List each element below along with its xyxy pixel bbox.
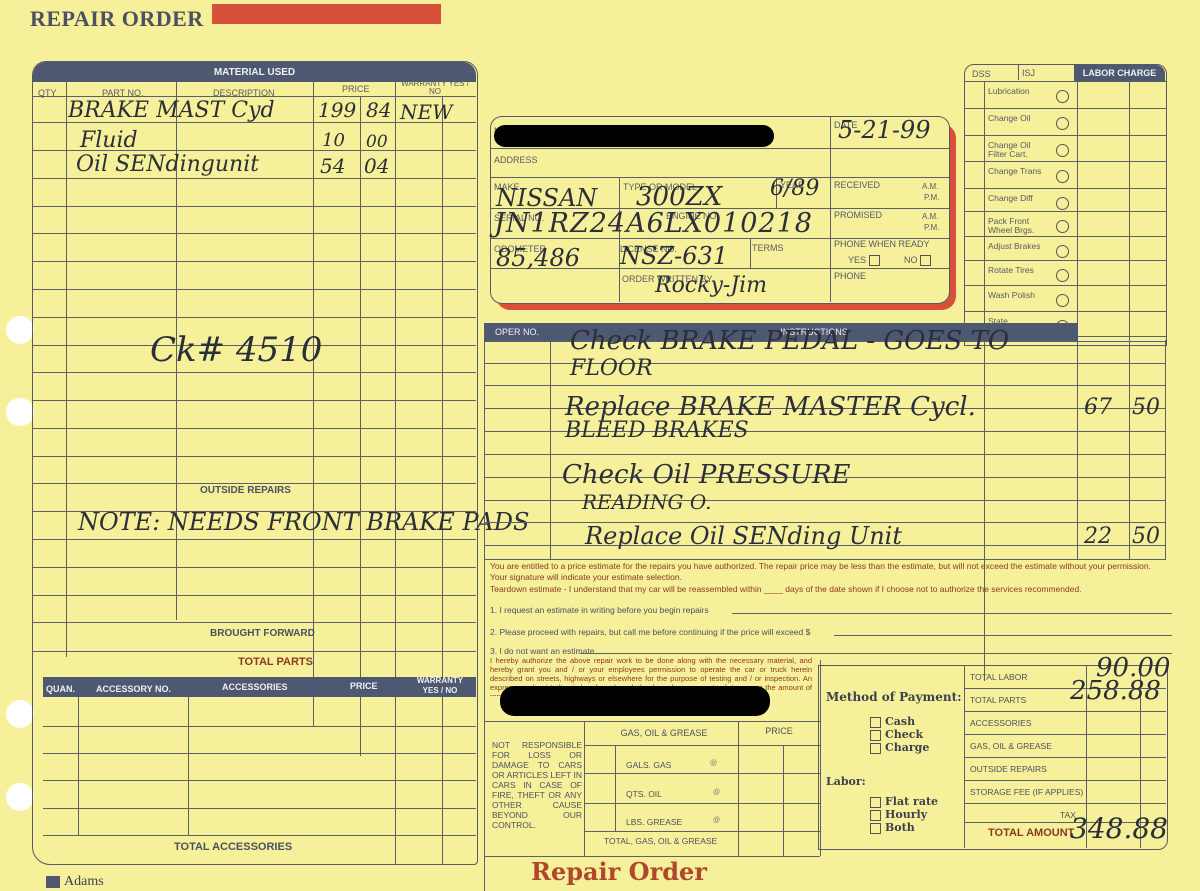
col-acc-price: PRICE xyxy=(350,681,378,691)
material-row-2-cents: 00 xyxy=(366,132,388,152)
brought-forward-label: BROUGHT FORWARD xyxy=(210,628,315,639)
service-item-label: Lubrication xyxy=(988,87,1046,96)
phone-label: PHONE xyxy=(834,271,866,281)
labor-charge-header: LABOR CHARGE xyxy=(1074,65,1165,81)
total-parts-label: TOTAL PARTS xyxy=(238,656,313,668)
totals-row-label: OUTSIDE REPAIRS xyxy=(970,764,1047,774)
payment-check[interactable]: Check xyxy=(870,728,929,741)
address-label: ADDRESS xyxy=(494,155,538,165)
service-item-label: Rotate Tires xyxy=(988,266,1046,275)
title-red-bar xyxy=(212,4,441,24)
service-item-label: Change Oil Filter Cart. xyxy=(988,141,1046,159)
estimate-option-2[interactable]: 2. Please proceed with repairs, but call… xyxy=(490,627,810,637)
labor-label: Labor: xyxy=(826,775,866,788)
service-checkbox-circle[interactable] xyxy=(1056,269,1069,282)
received-pm: P.M. xyxy=(924,193,939,202)
service-item-label: Pack Front Wheel Brgs. xyxy=(988,217,1046,235)
promised-label: PROMISED xyxy=(834,210,882,220)
odometer-value: 85,486 xyxy=(496,244,580,272)
payment-charge[interactable]: Charge xyxy=(870,741,929,754)
form-title: REPAIR ORDER xyxy=(30,6,204,32)
instruction-line: BLEED BRAKES xyxy=(565,418,749,443)
binder-hole xyxy=(6,398,34,426)
totals-row-value: 258.88 xyxy=(1070,676,1161,706)
gas-oil-title: GAS, OIL & GREASE xyxy=(590,728,738,738)
labor-flat-rate[interactable]: Flat rate xyxy=(870,795,938,808)
col-quan: QUAN. xyxy=(46,684,75,694)
phone-when-ready-label: PHONE WHEN READY xyxy=(834,239,930,249)
hourly-checkbox[interactable] xyxy=(870,810,881,821)
estimate-option-1[interactable]: 1. I request an estimate in writing befo… xyxy=(490,605,709,615)
material-row-2-dollars: 10 xyxy=(322,130,345,151)
service-checkbox-circle[interactable] xyxy=(1056,294,1069,307)
yes-option[interactable]: YES xyxy=(848,255,884,266)
instruction-line: READING O. xyxy=(582,490,711,514)
service-checkbox-circle[interactable] xyxy=(1056,170,1069,183)
disclaimer: NOT RESPONSIBLE FOR LOSS OR DAMAGE TO CA… xyxy=(492,740,582,830)
check-checkbox[interactable] xyxy=(870,730,881,741)
charge-checkbox[interactable] xyxy=(870,743,881,754)
instruction-line: Check Oil PRESSURE xyxy=(562,460,851,490)
total-amount-label: TOTAL AMOUNT xyxy=(988,827,1074,839)
brand-name: Adams xyxy=(64,874,104,890)
labor-charge-cents: 50 xyxy=(1132,395,1160,420)
received-label: RECEIVED xyxy=(834,180,880,190)
total-gas-oil-label: TOTAL, GAS, OIL & GREASE xyxy=(604,836,717,846)
total-amount-value: 348.88 xyxy=(1070,812,1168,845)
material-row-1-dollars: 199 xyxy=(318,98,356,122)
lbs-grease-label: LBS. GREASE xyxy=(626,817,682,827)
labor-charge-cents: 50 xyxy=(1132,524,1160,549)
dss-label: DSS xyxy=(972,69,991,79)
service-item-label: Change Oil xyxy=(988,114,1046,123)
no-checkbox[interactable] xyxy=(920,255,931,266)
labor-both[interactable]: Both xyxy=(870,821,938,834)
oper-no-label: OPER NO. xyxy=(484,327,550,337)
year-value: 6/89 xyxy=(770,176,819,201)
estimate-notice: You are entitled to a price estimate for… xyxy=(490,561,1170,583)
redacted-signature xyxy=(500,686,770,716)
date-value: 5-21-99 xyxy=(838,116,931,144)
gals-gas-label: GALS. GAS xyxy=(626,760,671,770)
binder-hole xyxy=(6,700,34,728)
total-accessories-label: TOTAL ACCESSORIES xyxy=(174,841,292,853)
qts-oil-label: QTS. OIL xyxy=(626,789,662,799)
lbs-grease-at: @ xyxy=(713,817,720,824)
material-row-1-cents: 84 xyxy=(366,98,391,122)
written-by-value: Rocky-Jim xyxy=(655,273,767,298)
material-row-3-cents: 04 xyxy=(364,154,389,178)
service-item-label: Adjust Brakes xyxy=(988,242,1046,251)
labor-types: Flat rate Hourly Both xyxy=(870,795,938,834)
totals-row-label: GAS, OIL & GREASE xyxy=(970,741,1052,751)
col-warranty: WARRANTY YES / NO xyxy=(400,80,470,96)
both-checkbox[interactable] xyxy=(870,823,881,834)
adams-logo-icon xyxy=(46,876,60,888)
payment-methods: Cash Check Charge xyxy=(870,715,929,754)
qts-oil-at: @ xyxy=(713,789,720,796)
service-checkbox-circle[interactable] xyxy=(1056,90,1069,103)
totals-row-label: STORAGE FEE (IF APPLIES) xyxy=(970,787,1083,797)
gas-oil-price-label: PRICE xyxy=(740,726,818,736)
promised-pm: P.M. xyxy=(924,223,939,232)
material-row-1-desc: BRAKE MAST Cyd xyxy=(68,98,275,123)
flat-rate-checkbox[interactable] xyxy=(870,797,881,808)
estimate-option-3[interactable]: 3. I do not want an estimate xyxy=(490,646,594,656)
outside-repairs-label: OUTSIDE REPAIRS xyxy=(200,485,291,496)
service-item-label: Change Trans xyxy=(988,167,1046,176)
service-checkbox-circle[interactable] xyxy=(1056,144,1069,157)
material-row-2-desc: Fluid xyxy=(80,128,138,153)
service-checkbox-circle[interactable] xyxy=(1056,245,1069,258)
totals-row-label: ACCESSORIES xyxy=(970,718,1031,728)
teardown-notice: Teardown estimate - I understand that my… xyxy=(490,584,1170,594)
service-checkbox-circle[interactable] xyxy=(1056,197,1069,210)
service-item-label: Change Diff xyxy=(988,194,1046,203)
material-used-panel xyxy=(32,61,478,865)
totals-row-label: TOTAL PARTS xyxy=(970,695,1026,705)
material-row-1-warranty: NEW xyxy=(400,100,453,124)
outside-repairs-note: NOTE: NEEDS FRONT BRAKE PADS xyxy=(78,508,529,536)
instruction-line: Replace Oil SENding Unit xyxy=(585,522,902,550)
terms-label: TERMS xyxy=(752,243,784,253)
labor-charge-dollars: 67 xyxy=(1084,395,1112,420)
labor-charge-dollars: 22 xyxy=(1084,524,1112,549)
received-am: A.M. xyxy=(922,182,938,191)
gals-gas-at: @ xyxy=(710,760,717,767)
footer-title: Repair Order xyxy=(531,857,707,886)
isj-label: ISJ xyxy=(1022,68,1035,78)
totals-row-label: TOTAL LABOR xyxy=(970,672,1027,682)
license-value: NSZ-631 xyxy=(620,242,728,270)
instruction-line: Check BRAKE PEDAL - GOES TO xyxy=(570,326,1009,356)
yes-checkbox[interactable] xyxy=(869,255,880,266)
promised-am: A.M. xyxy=(922,212,938,221)
col-price: PRICE xyxy=(342,84,370,94)
material-row-3-dollars: 54 xyxy=(320,154,345,178)
redacted-name xyxy=(494,125,774,147)
no-option[interactable]: NO xyxy=(904,255,935,266)
col-acc-warranty: WARRANTY YES / NO xyxy=(410,676,470,696)
check-number-note: Ck# 4510 xyxy=(150,330,322,370)
method-of-payment-label: Method of Payment: xyxy=(826,690,962,704)
binder-hole xyxy=(6,316,34,344)
material-row-3-desc: Oil SENdingunit xyxy=(76,152,259,177)
service-item-label: Wash Polish xyxy=(988,291,1046,300)
binder-hole xyxy=(6,783,34,811)
cash-checkbox[interactable] xyxy=(870,717,881,728)
col-accessory-no: ACCESSORY NO. xyxy=(96,684,171,694)
instruction-line: FLOOR xyxy=(570,356,653,381)
payment-cash[interactable]: Cash xyxy=(870,715,929,728)
service-checkbox-circle[interactable] xyxy=(1056,220,1069,233)
col-accessories: ACCESSORIES xyxy=(222,682,288,692)
serial-value: JN1RZ24A6LX010218 xyxy=(494,208,813,239)
labor-hourly[interactable]: Hourly xyxy=(870,808,938,821)
service-checkbox-circle[interactable] xyxy=(1056,117,1069,130)
